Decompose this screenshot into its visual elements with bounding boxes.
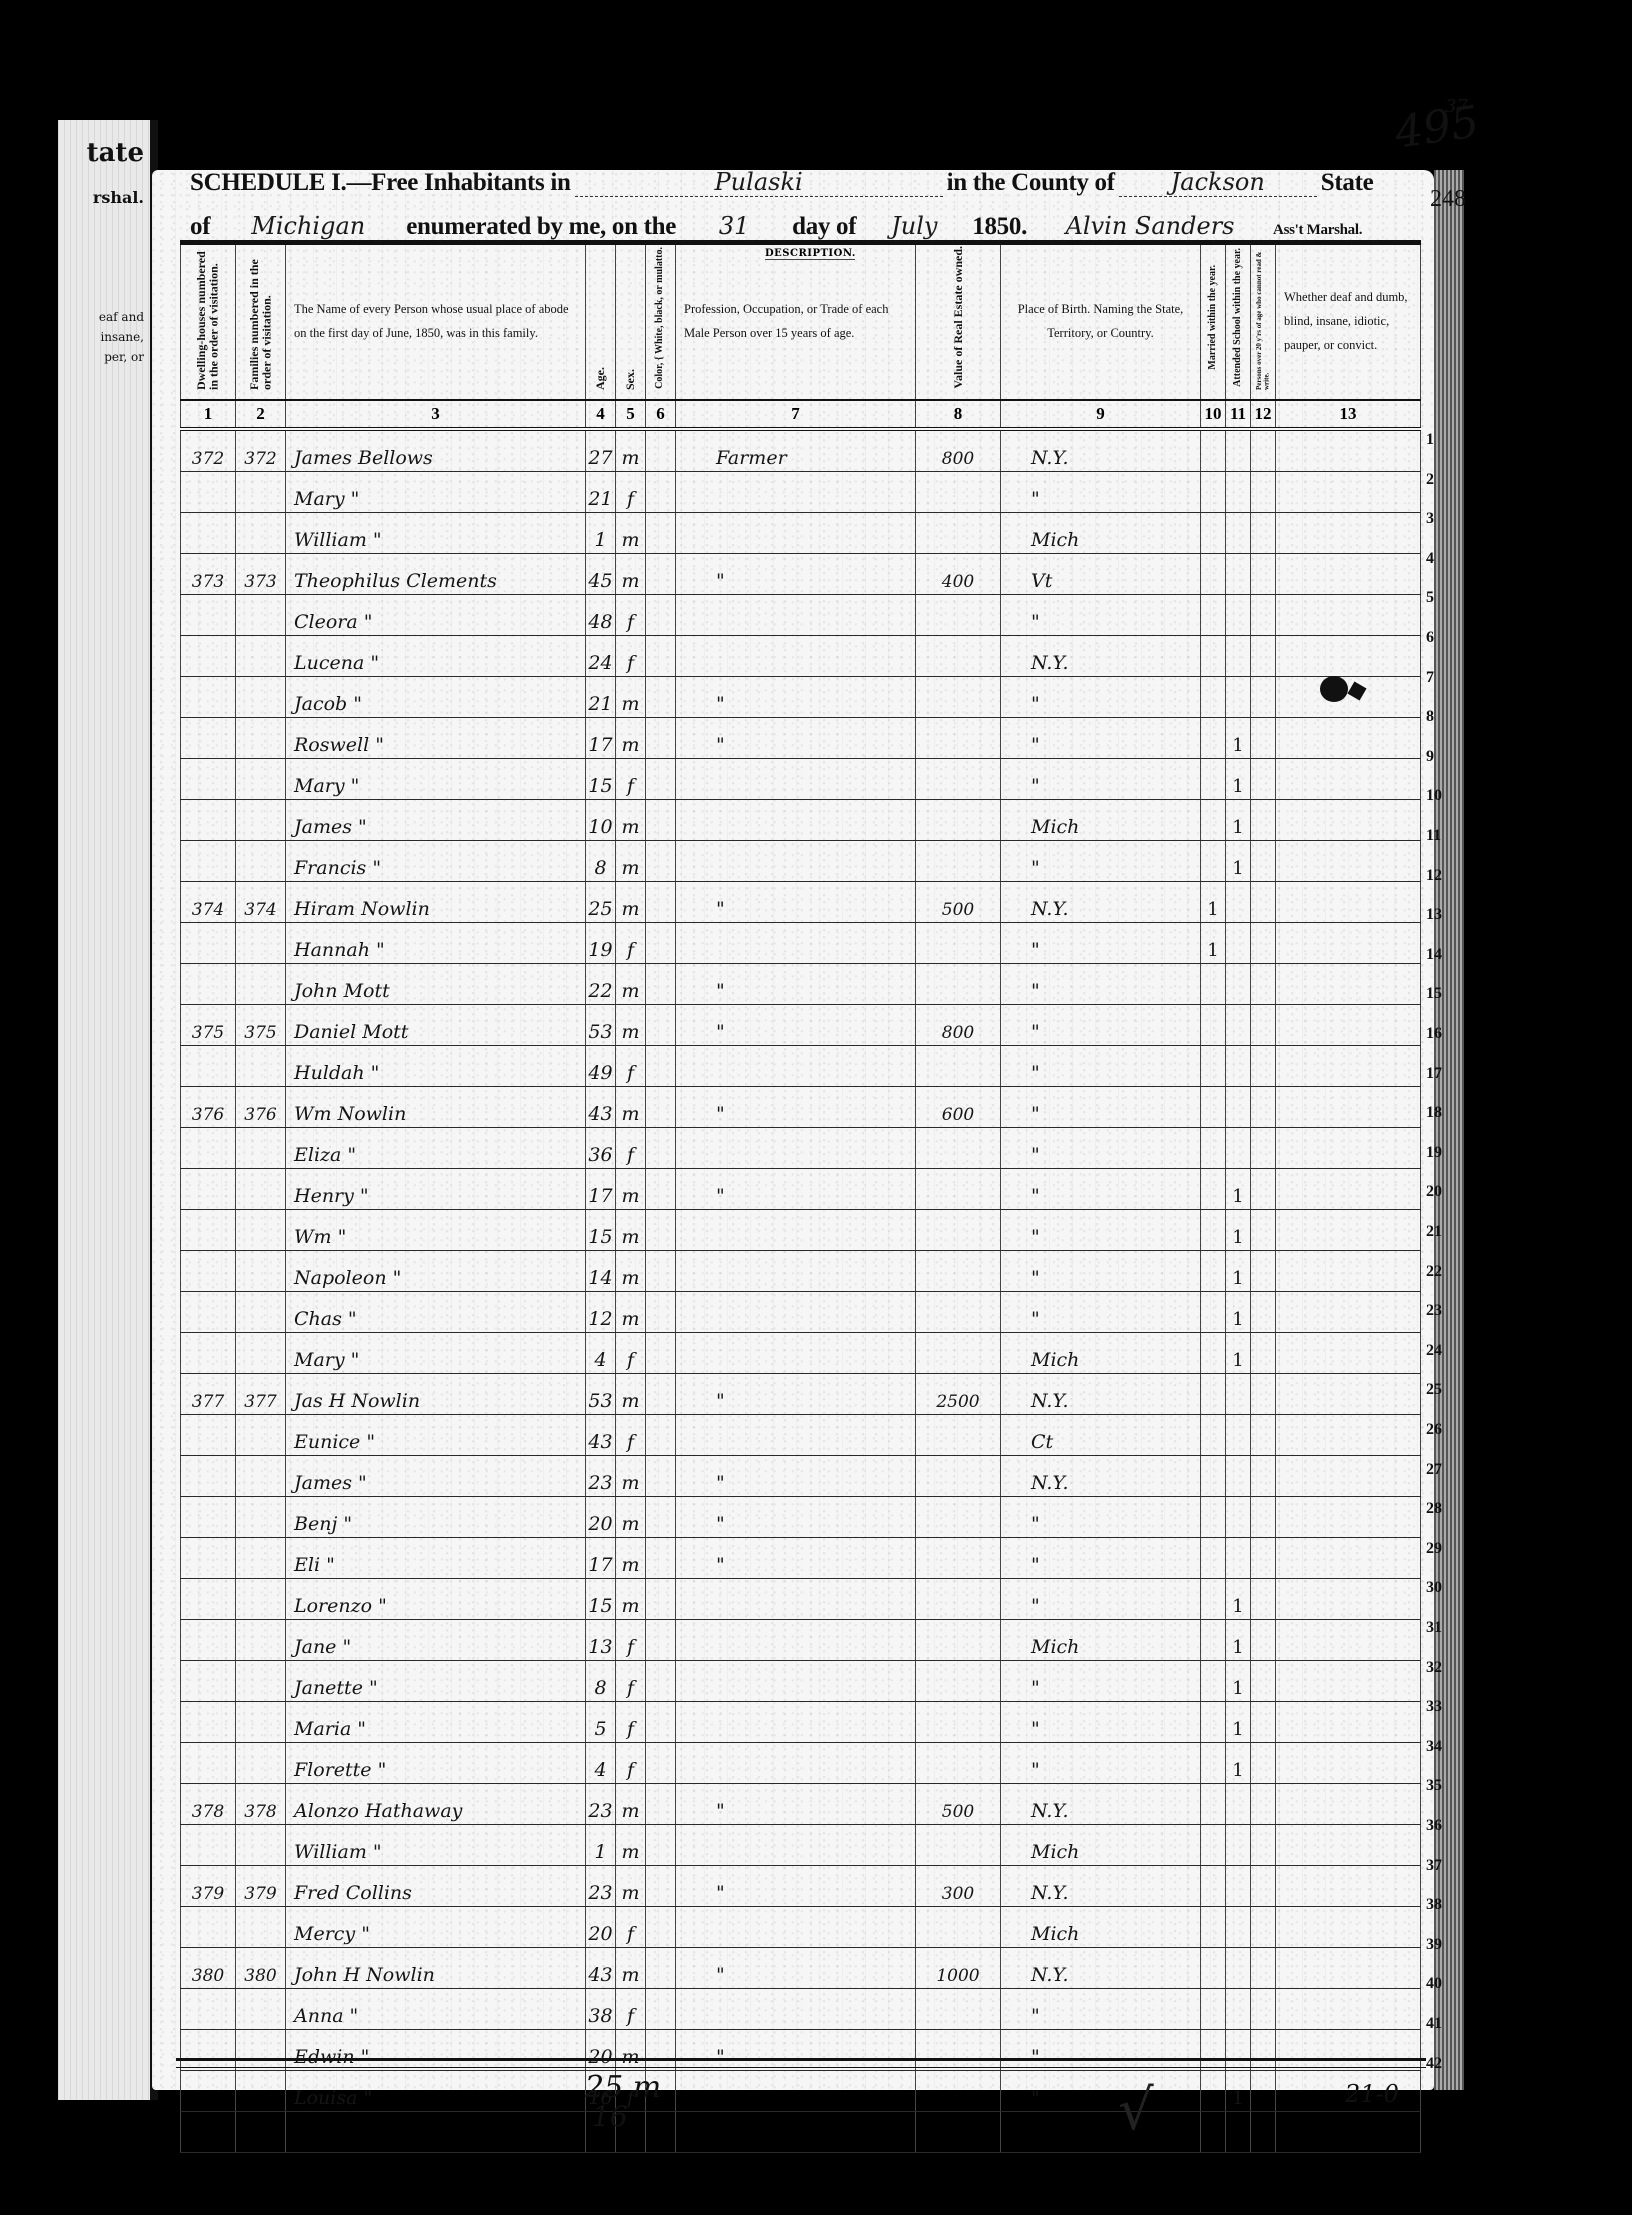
cell-sex: f (616, 1906, 646, 1947)
cell-married-within-year (1201, 1947, 1226, 1988)
line-number: 6 (1426, 629, 1452, 647)
cell-real-estate-value (916, 471, 1001, 512)
cell-cannot-read-write (1251, 429, 1276, 472)
col-header-family: Families numbered in the order of visita… (236, 243, 286, 400)
enumerated-label: enumerated by me, on the (406, 213, 676, 240)
cell-dwelling-number (181, 1537, 236, 1578)
cell-attended-school: 1 (1226, 758, 1251, 799)
cell-cannot-read-write (1251, 1045, 1276, 1086)
cell-color (646, 1865, 676, 1906)
table-row: Mary "4fMich1 (181, 1332, 1421, 1373)
cell-dwelling-number (181, 1660, 236, 1701)
cell-person-name: Anna " (286, 1988, 586, 2029)
cell-birthplace: " (1001, 1250, 1201, 1291)
table-row: 372372James Bellows27mFarmer800N.Y. (181, 429, 1421, 472)
cell-attended-school (1226, 553, 1251, 594)
cell-dwelling-number: 375 (181, 1004, 236, 1045)
cell-real-estate-value (916, 1906, 1001, 1947)
cell-dwelling-number (181, 1578, 236, 1619)
cell-condition (1276, 1209, 1421, 1250)
line-number: 36 (1426, 1817, 1452, 1835)
cell-occupation: " (676, 1168, 916, 1209)
col-header-color: Color, { White, black, or mulatto. (646, 243, 676, 400)
cell-birthplace: " (1001, 1127, 1201, 1168)
cell-occupation: " (676, 1086, 916, 1127)
cell-color (646, 1209, 676, 1250)
cell-dwelling-number (181, 1127, 236, 1168)
cell-person-name: Maria " (286, 1701, 586, 1742)
cell-real-estate-value (916, 635, 1001, 676)
cell-dwelling-number (181, 1824, 236, 1865)
day-of-label: day of (792, 213, 856, 240)
cell-age: 43 (586, 1947, 616, 1988)
cell-birthplace: Mich (1001, 799, 1201, 840)
cell-real-estate-value: 800 (916, 1004, 1001, 1045)
cell-family-number (236, 1209, 286, 1250)
cell-birthplace: " (1001, 1537, 1201, 1578)
cell-condition (1276, 1537, 1421, 1578)
cell-condition (1276, 758, 1421, 799)
of-label: of (190, 213, 210, 240)
table-row: John Mott22m"" (181, 963, 1421, 1004)
cell-family-number (236, 922, 286, 963)
cell-occupation: " (676, 717, 916, 758)
cell-occupation: " (676, 1455, 916, 1496)
cell-family-number (236, 840, 286, 881)
township-field: Pulaski (575, 168, 943, 197)
cell-person-name: Henry " (286, 1168, 586, 1209)
cell-sex: m (616, 1250, 646, 1291)
cell-age: 22 (586, 963, 616, 1004)
cell-color (646, 1660, 676, 1701)
cell-attended-school (1226, 1414, 1251, 1455)
cell-condition (1276, 1045, 1421, 1086)
cell-family-number (236, 1701, 286, 1742)
cell-condition (1276, 471, 1421, 512)
cell-occupation (676, 1988, 916, 2029)
checkmark-icon: √ (1118, 2078, 1154, 2143)
cell-dwelling-number (181, 1701, 236, 1742)
col-header-school: Attended School within the year. (1226, 243, 1251, 400)
cell-cannot-read-write (1251, 1578, 1276, 1619)
cell-cannot-read-write (1251, 1906, 1276, 1947)
cell-married-within-year (1201, 1209, 1226, 1250)
table-row: 378378Alonzo Hathaway23m"500N.Y. (181, 1783, 1421, 1824)
cell-person-name: Wm " (286, 1209, 586, 1250)
cell-married-within-year (1201, 1332, 1226, 1373)
cell-married-within-year (1201, 1660, 1226, 1701)
cell-color (646, 881, 676, 922)
cell-family-number (236, 1619, 286, 1660)
handwritten-superscript: 37 (1445, 96, 1468, 117)
cell-real-estate-value: 400 (916, 553, 1001, 594)
cell-cannot-read-write (1251, 1209, 1276, 1250)
cell-color (646, 1414, 676, 1455)
col-header-name: The Name of every Person whose usual pla… (286, 243, 586, 400)
col-number: 6 (646, 400, 676, 429)
cell-condition (1276, 1578, 1421, 1619)
county-label: in the County of (947, 169, 1115, 196)
cell-dwelling-number: 376 (181, 1086, 236, 1127)
cell-dwelling-number (181, 1045, 236, 1086)
cell-color (646, 922, 676, 963)
cell-age: 8 (586, 1660, 616, 1701)
census-rows: 372372James Bellows27mFarmer800N.Y.Mary … (181, 429, 1421, 2153)
cell-married-within-year (1201, 1619, 1226, 1660)
line-number: 21 (1426, 1223, 1452, 1241)
cell-sex: m (616, 676, 646, 717)
cell-cannot-read-write (1251, 1742, 1276, 1783)
cell-married-within-year (1201, 963, 1226, 1004)
cell-color (646, 1947, 676, 1988)
cell-person-name: Fred Collins (286, 1865, 586, 1906)
cell-condition (1276, 1168, 1421, 1209)
line-number: 7 (1426, 669, 1452, 687)
cell-sex: m (616, 799, 646, 840)
cell-attended-school (1226, 1455, 1251, 1496)
cell-married-within-year (1201, 717, 1226, 758)
cell-attended-school: 1 (1226, 799, 1251, 840)
cell-attended-school (1226, 471, 1251, 512)
cell-dwelling-number: 372 (181, 429, 236, 472)
cell-dwelling-number: 373 (181, 553, 236, 594)
cell-attended-school (1226, 1988, 1251, 2029)
cell-person-name: Hiram Nowlin (286, 881, 586, 922)
cell-birthplace: N.Y. (1001, 1783, 1201, 1824)
cell-sex: m (616, 1373, 646, 1414)
cell-person-name: Francis " (286, 840, 586, 881)
cell-person-name: William " (286, 512, 586, 553)
cell-dwelling-number: 374 (181, 881, 236, 922)
line-number: 39 (1426, 1936, 1452, 1954)
cell-birthplace: N.Y. (1001, 429, 1201, 472)
cell-married-within-year (1201, 635, 1226, 676)
line-number: 37 (1426, 1857, 1452, 1875)
cell-dwelling-number (181, 922, 236, 963)
cell-attended-school (1226, 1537, 1251, 1578)
cell-married-within-year (1201, 1988, 1226, 2029)
cell-color (646, 1455, 676, 1496)
cell-occupation (676, 512, 916, 553)
cell-cannot-read-write (1251, 1168, 1276, 1209)
cell-dwelling-number (181, 1209, 236, 1250)
cell-cannot-read-write (1251, 1373, 1276, 1414)
cell-age: 43 (586, 1414, 616, 1455)
cell-age: 23 (586, 1865, 616, 1906)
cell-dwelling-number (181, 1988, 236, 2029)
cell-occupation: " (676, 1783, 916, 1824)
cell-color (646, 1086, 676, 1127)
cell-occupation: " (676, 963, 916, 1004)
cell-married-within-year (1201, 1906, 1226, 1947)
cell-birthplace: " (1001, 1209, 1201, 1250)
cell-color (646, 1496, 676, 1537)
cell-person-name: James " (286, 1455, 586, 1496)
line-number: 26 (1426, 1421, 1452, 1439)
cell-sex: m (616, 1291, 646, 1332)
cell-condition (1276, 1496, 1421, 1537)
cell-condition (1276, 1127, 1421, 1168)
cell-birthplace: " (1001, 1045, 1201, 1086)
cell-dwelling-number (181, 512, 236, 553)
table-row: William "1mMich (181, 512, 1421, 553)
cell-sex: f (616, 471, 646, 512)
cell-dwelling-number (181, 471, 236, 512)
cell-family-number (236, 1414, 286, 1455)
cell-condition (1276, 1906, 1421, 1947)
cell-family-number: 374 (236, 881, 286, 922)
cell-occupation (676, 2070, 916, 2111)
line-number: 20 (1426, 1183, 1452, 1201)
cell-married-within-year (1201, 1373, 1226, 1414)
cell-age: 21 (586, 676, 616, 717)
cell-sex: m (616, 553, 646, 594)
cell-age: 53 (586, 1373, 616, 1414)
cell-person-name: Eunice " (286, 1414, 586, 1455)
cell-condition (1276, 676, 1421, 717)
cell-age: 17 (586, 1537, 616, 1578)
cell-condition (1276, 635, 1421, 676)
cell-married-within-year (1201, 1865, 1226, 1906)
cell-married-within-year (1201, 799, 1226, 840)
cell-occupation (676, 471, 916, 512)
cell-color (646, 1127, 676, 1168)
cell-birthplace (1001, 2111, 1201, 2152)
table-row: Jane "13fMich1 (181, 1619, 1421, 1660)
cell-cannot-read-write (1251, 1660, 1276, 1701)
cell-family-number (236, 1742, 286, 1783)
cell-age: 19 (586, 922, 616, 963)
cell-attended-school (1226, 429, 1251, 472)
cell-cannot-read-write (1251, 1496, 1276, 1537)
cell-real-estate-value (916, 1168, 1001, 1209)
cell-family-number (236, 963, 286, 1004)
cell-cannot-read-write (1251, 594, 1276, 635)
col-header-condition: Whether deaf and dumb, blind, insane, id… (1276, 243, 1421, 400)
cell-family-number (236, 1988, 286, 2029)
cell-real-estate-value (916, 1619, 1001, 1660)
cell-birthplace: " (1001, 1168, 1201, 1209)
cell-age: 5 (586, 1701, 616, 1742)
cell-birthplace: " (1001, 676, 1201, 717)
line-number: 33 (1426, 1698, 1452, 1716)
day-field: 31 (680, 212, 788, 241)
cell-married-within-year (1201, 1004, 1226, 1045)
cell-attended-school: 1 (1226, 1168, 1251, 1209)
cell-birthplace: " (1001, 1701, 1201, 1742)
cell-age: 23 (586, 1783, 616, 1824)
cell-occupation: " (676, 1496, 916, 1537)
cell-married-within-year (1201, 2111, 1226, 2152)
cell-family-number (236, 1127, 286, 1168)
cell-cannot-read-write (1251, 1537, 1276, 1578)
cell-attended-school (1226, 1906, 1251, 1947)
cell-condition (1276, 1701, 1421, 1742)
cell-cannot-read-write (1251, 1865, 1276, 1906)
line-number: 28 (1426, 1500, 1452, 1518)
cell-birthplace: " (1001, 922, 1201, 963)
line-number: 24 (1426, 1342, 1452, 1360)
cell-family-number (236, 1578, 286, 1619)
col-number: 13 (1276, 400, 1421, 429)
table-row: William "1mMich (181, 1824, 1421, 1865)
cell-married-within-year (1201, 594, 1226, 635)
table-row: Chas "12m"1 (181, 1291, 1421, 1332)
cell-age: 25 (586, 881, 616, 922)
cell-birthplace: Mich (1001, 512, 1201, 553)
cell-attended-school (1226, 1865, 1251, 1906)
cell-cannot-read-write (1251, 799, 1276, 840)
cell-family-number (236, 2070, 286, 2111)
cell-sex: f (616, 1660, 646, 1701)
table-row (181, 2111, 1421, 2152)
cell-color (646, 429, 676, 472)
cell-family-number (236, 635, 286, 676)
table-row: Eliza "36f" (181, 1127, 1421, 1168)
cell-color (646, 1783, 676, 1824)
cell-condition (1276, 963, 1421, 1004)
cell-real-estate-value (916, 1988, 1001, 2029)
column-header-row: Dwelling-houses numbered in the order of… (181, 243, 1421, 400)
cell-dwelling-number (181, 1455, 236, 1496)
cell-birthplace: " (1001, 1578, 1201, 1619)
cell-occupation (676, 1414, 916, 1455)
cell-sex: m (616, 1824, 646, 1865)
cell-birthplace: N.Y. (1001, 635, 1201, 676)
adjacent-page-text: eaf and (99, 310, 144, 324)
cell-cannot-read-write (1251, 1988, 1276, 2029)
cell-birthplace: " (1001, 1004, 1201, 1045)
cell-real-estate-value: 800 (916, 429, 1001, 472)
cell-family-number (236, 594, 286, 635)
cell-dwelling-number (181, 1742, 236, 1783)
cell-birthplace: N.Y. (1001, 1373, 1201, 1414)
cell-condition (1276, 840, 1421, 881)
cell-real-estate-value (916, 717, 1001, 758)
cell-birthplace: " (1001, 963, 1201, 1004)
marshal-name-field: Alvin Sanders (1031, 212, 1269, 241)
cell-person-name: Jacob " (286, 676, 586, 717)
line-number: 30 (1426, 1579, 1452, 1597)
table-row: Lucena "24fN.Y. (181, 635, 1421, 676)
line-number: 1 (1426, 431, 1452, 449)
cell-occupation: " (676, 676, 916, 717)
cell-condition (1276, 881, 1421, 922)
cell-age: 4 (586, 1742, 616, 1783)
cell-person-name: Janette " (286, 1660, 586, 1701)
cell-sex: m (616, 1168, 646, 1209)
cell-occupation (676, 758, 916, 799)
cell-condition (1276, 1619, 1421, 1660)
cell-attended-school: 1 (1226, 1209, 1251, 1250)
line-number: 34 (1426, 1738, 1452, 1756)
cell-sex: f (616, 1127, 646, 1168)
cell-person-name: John H Nowlin (286, 1947, 586, 1988)
cell-real-estate-value (916, 840, 1001, 881)
cell-age: 4 (586, 1332, 616, 1373)
cell-attended-school: 1 (1226, 1291, 1251, 1332)
cell-person-name: Florette " (286, 1742, 586, 1783)
cell-person-name: Wm Nowlin (286, 1086, 586, 1127)
line-number: 18 (1426, 1104, 1452, 1122)
cell-married-within-year (1201, 471, 1226, 512)
cell-birthplace: " (1001, 471, 1201, 512)
cell-condition (1276, 1332, 1421, 1373)
cell-real-estate-value (916, 594, 1001, 635)
cell-family-number: 380 (236, 1947, 286, 1988)
cell-attended-school (1226, 635, 1251, 676)
cell-real-estate-value (916, 1660, 1001, 1701)
cell-married-within-year (1201, 840, 1226, 881)
cell-person-name: Jane " (286, 1619, 586, 1660)
cell-family-number (236, 2111, 286, 2152)
cell-attended-school: 1 (1226, 1578, 1251, 1619)
cell-attended-school (1226, 594, 1251, 635)
cell-married-within-year (1201, 1045, 1226, 1086)
cell-family-number (236, 1906, 286, 1947)
cell-occupation: " (676, 1947, 916, 1988)
cell-person-name: Mary " (286, 471, 586, 512)
table-row: James "23m"N.Y. (181, 1455, 1421, 1496)
cell-sex: f (616, 1988, 646, 2029)
cell-sex: m (616, 1783, 646, 1824)
cell-dwelling-number: 377 (181, 1373, 236, 1414)
cell-real-estate-value (916, 799, 1001, 840)
line-number: 13 (1426, 906, 1452, 924)
cell-real-estate-value (916, 1045, 1001, 1086)
cell-family-number (236, 1537, 286, 1578)
cell-birthplace: " (1001, 717, 1201, 758)
cell-sex: m (616, 717, 646, 758)
line-number: 29 (1426, 1540, 1452, 1558)
adjacent-page-text: tate (87, 138, 144, 168)
cell-person-name: Napoleon " (286, 1250, 586, 1291)
cell-occupation: Farmer (676, 429, 916, 472)
cell-person-name: Jas H Nowlin (286, 1373, 586, 1414)
cell-married-within-year (1201, 1414, 1226, 1455)
state-label: State (1321, 169, 1374, 196)
cell-family-number: 377 (236, 1373, 286, 1414)
table-row: 376376Wm Nowlin43m"600" (181, 1086, 1421, 1127)
cell-cannot-read-write (1251, 1455, 1276, 1496)
cell-married-within-year (1201, 1127, 1226, 1168)
cell-family-number (236, 799, 286, 840)
cell-occupation (676, 1127, 916, 1168)
schedule-title-line-2: of Michigan enumerated by me, on the 31 … (190, 212, 1362, 241)
cell-married-within-year (1201, 758, 1226, 799)
col-number: 12 (1251, 400, 1276, 429)
cell-married-within-year (1201, 1701, 1226, 1742)
cell-attended-school (1226, 1086, 1251, 1127)
cell-condition (1276, 1455, 1421, 1496)
table-row: 377377Jas H Nowlin53m"2500N.Y. (181, 1373, 1421, 1414)
printed-page-number: 248 (1430, 186, 1466, 213)
cell-birthplace: " (1001, 758, 1201, 799)
cell-age: 48 (586, 594, 616, 635)
cell-cannot-read-write (1251, 1332, 1276, 1373)
line-number: 14 (1426, 946, 1452, 964)
cell-sex: m (616, 1947, 646, 1988)
cell-sex: m (616, 1537, 646, 1578)
cell-color (646, 963, 676, 1004)
cell-person-name: Lorenzo " (286, 1578, 586, 1619)
cell-birthplace: " (1001, 594, 1201, 635)
cell-cannot-read-write (1251, 1947, 1276, 1988)
cell-condition (1276, 1865, 1421, 1906)
cell-real-estate-value (916, 1414, 1001, 1455)
cell-color (646, 512, 676, 553)
cell-color (646, 1742, 676, 1783)
